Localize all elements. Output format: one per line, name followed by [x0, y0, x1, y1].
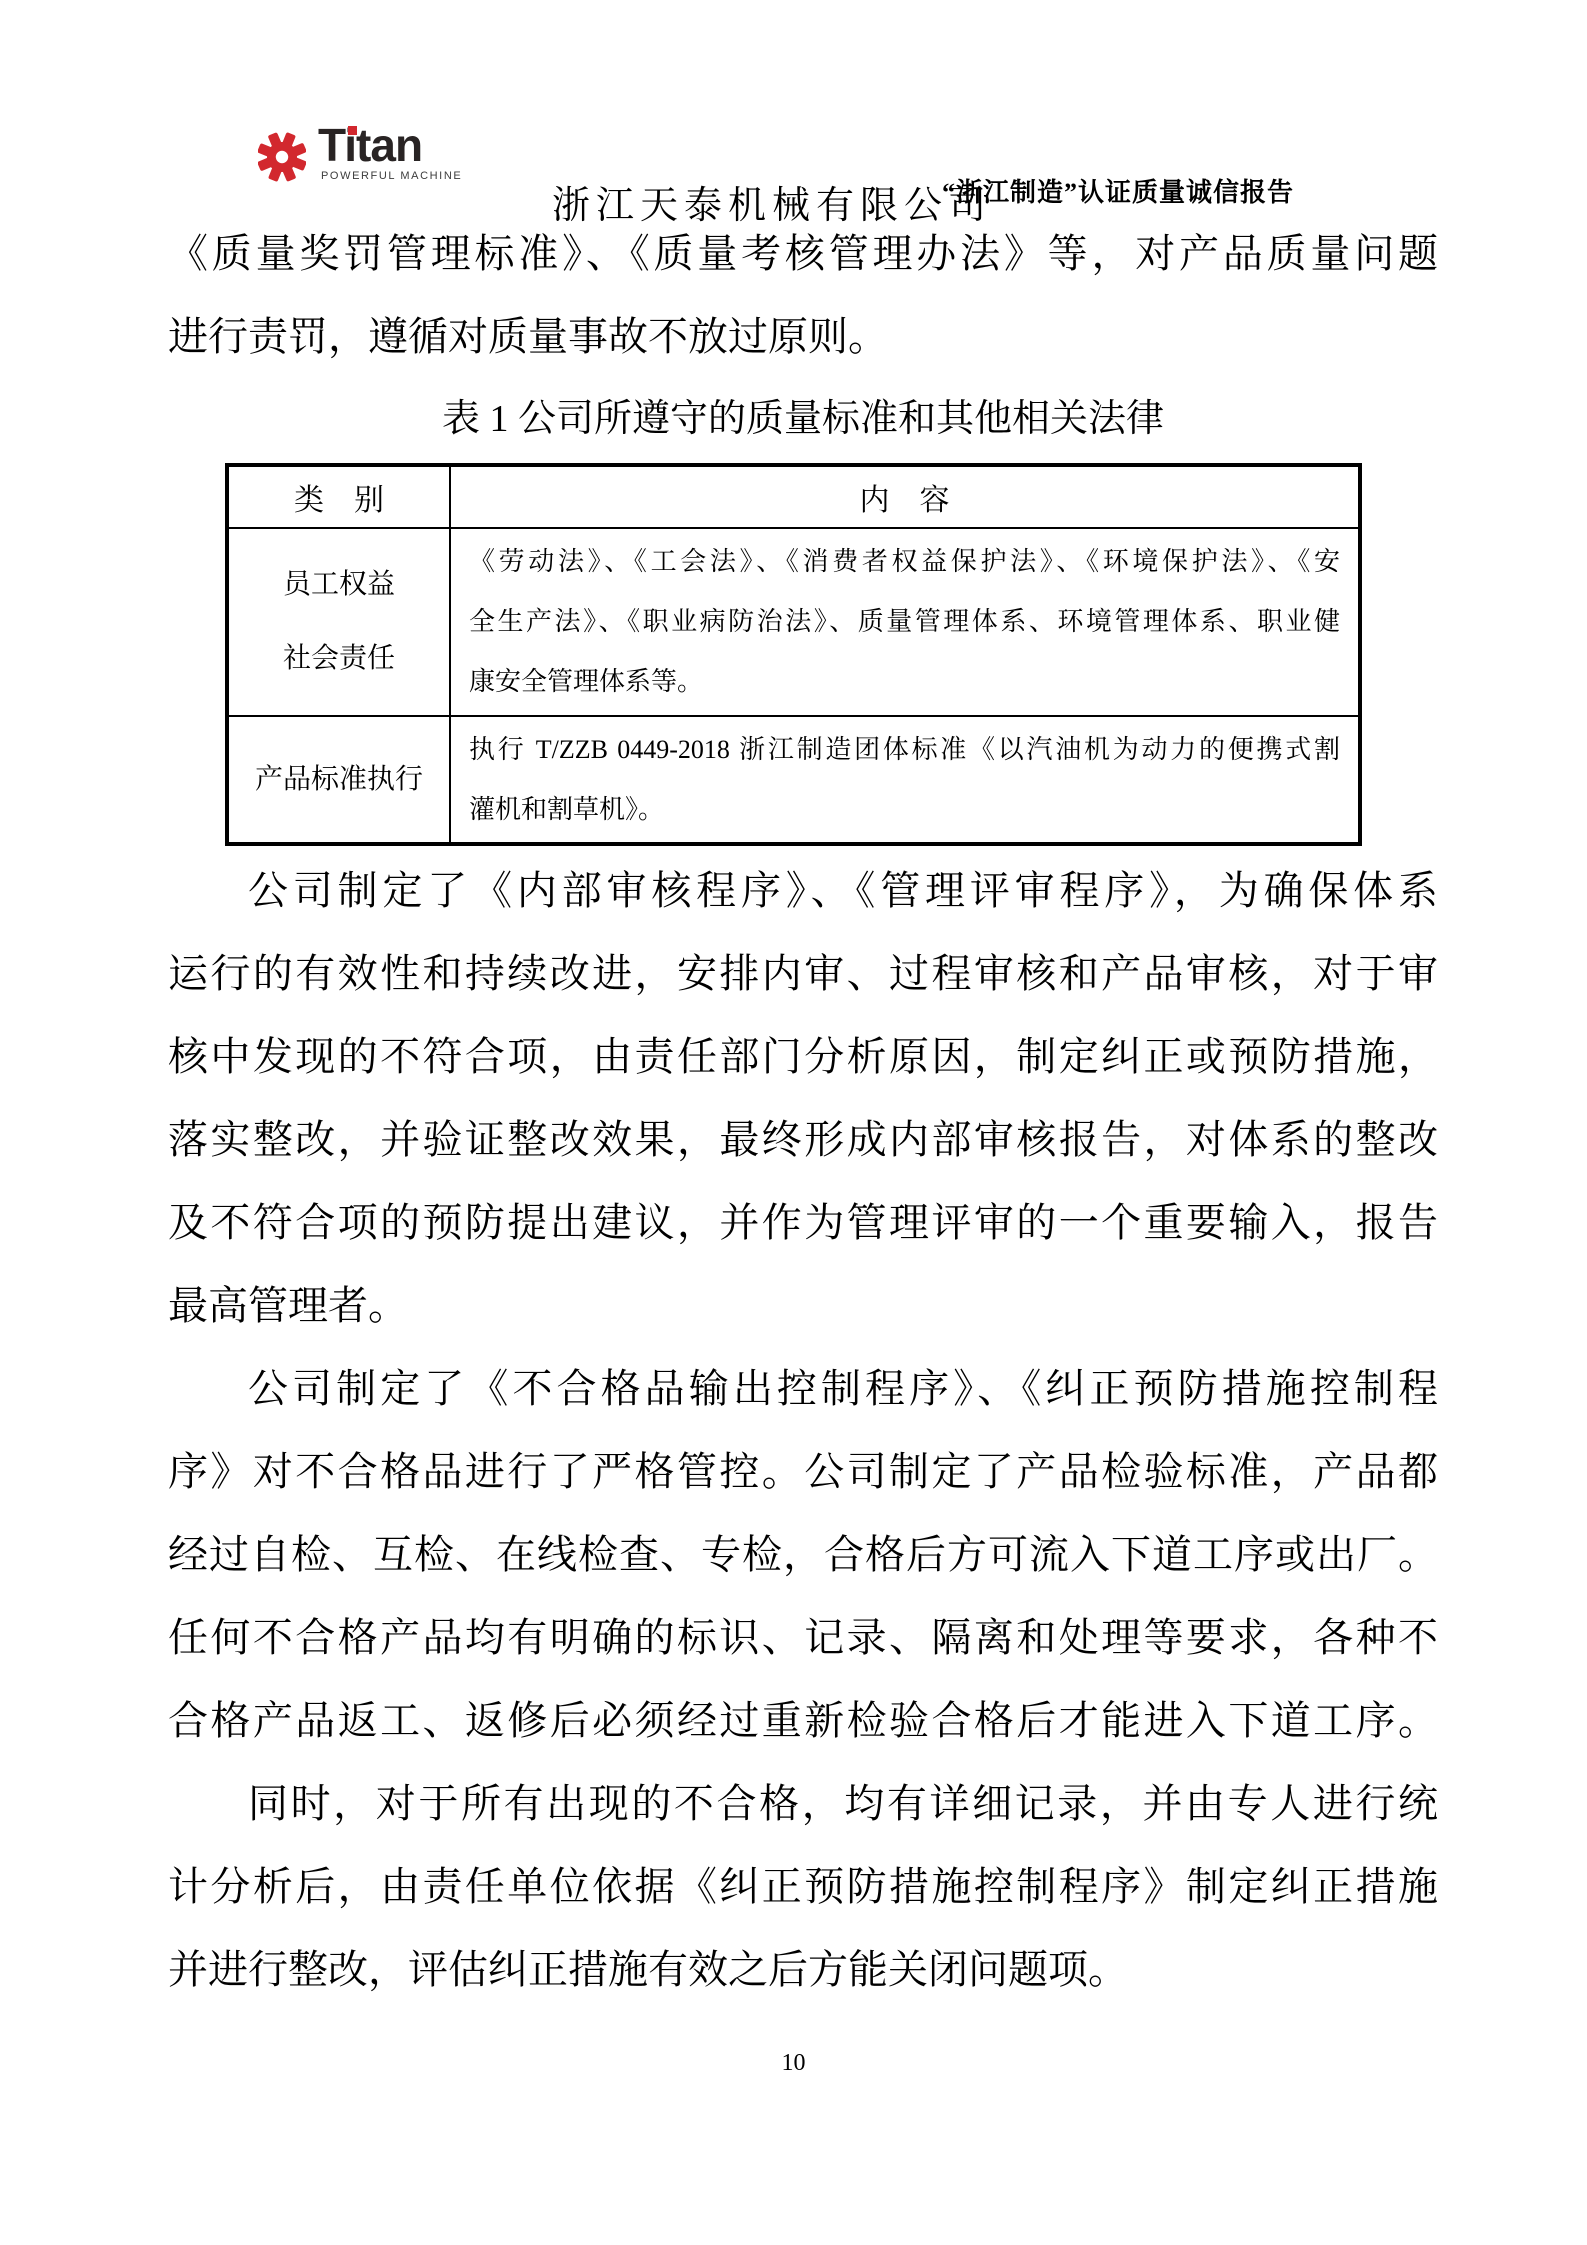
body-line: 最高管理者。: [168, 1264, 1438, 1347]
company-logo: Titan POWERFUL MACHINE: [258, 126, 518, 186]
category-cell: 员工权益 社会责任: [227, 528, 450, 716]
category-cell: 产品标准执行: [227, 716, 450, 844]
page-number: 10: [0, 2050, 1587, 2077]
body-text: 公司制定了《内部审核程序》、《管理评审程序》，为确保体系 运行的有效性和持续改进…: [168, 849, 1438, 2011]
body-line: 同时，对于所有出现的不合格，均有详细记录，并由专人进行统: [168, 1762, 1438, 1845]
body-line: 经过自检、互检、在线检查、专检，合格后方可流入下道工序或出厂。: [168, 1513, 1438, 1596]
body-line: 任何不合格产品均有明确的标识、记录、隔离和处理等要求，各种不: [168, 1596, 1438, 1679]
document-page: { "header": { "logo": { "brand": "Titan"…: [0, 0, 1587, 2245]
content-line: 康安全管理体系等。: [469, 652, 1340, 712]
column-header-content: 内 容: [450, 465, 1360, 528]
gear-icon: [258, 130, 306, 184]
body-line: 核中发现的不符合项，由责任部门分析原因，制定纠正或预防措施，: [168, 1015, 1438, 1098]
column-header-category: 类 别: [227, 465, 450, 528]
body-line: 落实整改，并验证整改效果，最终形成内部审核报告，对体系的整改: [168, 1098, 1438, 1181]
body-line: 运行的有效性和持续改进，安排内审、过程审核和产品审核，对于审: [168, 932, 1438, 1015]
body-line: 《质量奖罚管理标准》、《质量考核管理办法》等，对产品质量问题: [168, 212, 1438, 295]
content-line: 执行 T/ZZB 0449-2018 浙江制造团体标准《以汽油机为动力的便携式割: [469, 720, 1340, 780]
body-line: 并进行整改，评估纠正措施有效之后方能关闭问题项。: [168, 1928, 1438, 2011]
category-line: 社会责任: [229, 622, 449, 696]
brand-i-dot: [348, 126, 357, 135]
content-line: 灌机和割草机》。: [469, 780, 1340, 840]
body-line: 公司制定了《不合格品输出控制程序》、《纠正预防措施控制程: [168, 1347, 1438, 1430]
body-line: 进行责罚，遵循对质量事故不放过原则。: [168, 295, 1438, 378]
content-cell: 《劳动法》、《工会法》、《消费者权益保护法》、《环境保护法》、《安 全生产法》、…: [450, 528, 1360, 716]
brand-tagline: POWERFUL MACHINE: [321, 170, 462, 182]
content-line: 《劳动法》、《工会法》、《消费者权益保护法》、《环境保护法》、《安: [469, 532, 1340, 592]
body-line: 序》对不合格品进行了严格管控。公司制定了产品检验标准，产品都: [168, 1430, 1438, 1513]
category-line: 产品标准执行: [229, 766, 449, 794]
body-line: 及不符合项的预防提出建议，并作为管理评审的一个重要输入，报告: [168, 1181, 1438, 1264]
report-title: “浙江制造”认证质量诚信报告: [942, 172, 1294, 209]
content-line: 全生产法》、《职业病防治法》、质量管理体系、环境管理体系、职业健: [469, 592, 1340, 652]
table-row: 产品标准执行 执行 T/ZZB 0449-2018 浙江制造团体标准《以汽油机为…: [227, 716, 1360, 844]
body-line: 公司制定了《内部审核程序》、《管理评审程序》，为确保体系: [168, 849, 1438, 932]
standards-table: 类 别 内 容 员工权益 社会责任 《劳动法》、《工会法》、《消费者权益保护法》…: [225, 463, 1362, 846]
body-line: 合格产品返工、返修后必须经过重新检验合格后才能进入下道工序。: [168, 1679, 1438, 1762]
table-caption: 表 1 公司所遵守的质量标准和其他相关法律: [168, 378, 1438, 461]
category-line: 员工权益: [229, 548, 449, 622]
content-cell: 执行 T/ZZB 0449-2018 浙江制造团体标准《以汽油机为动力的便携式割…: [450, 716, 1360, 844]
intro-paragraph: 《质量奖罚管理标准》、《质量考核管理办法》等，对产品质量问题 进行责罚，遵循对质…: [168, 212, 1438, 378]
brand-name: Titan: [318, 122, 422, 168]
body-line: 计分析后，由责任单位依据《纠正预防措施控制程序》制定纠正措施: [168, 1845, 1438, 1928]
table-header-row: 类 别 内 容: [227, 465, 1360, 528]
table-row: 员工权益 社会责任 《劳动法》、《工会法》、《消费者权益保护法》、《环境保护法》…: [227, 528, 1360, 716]
